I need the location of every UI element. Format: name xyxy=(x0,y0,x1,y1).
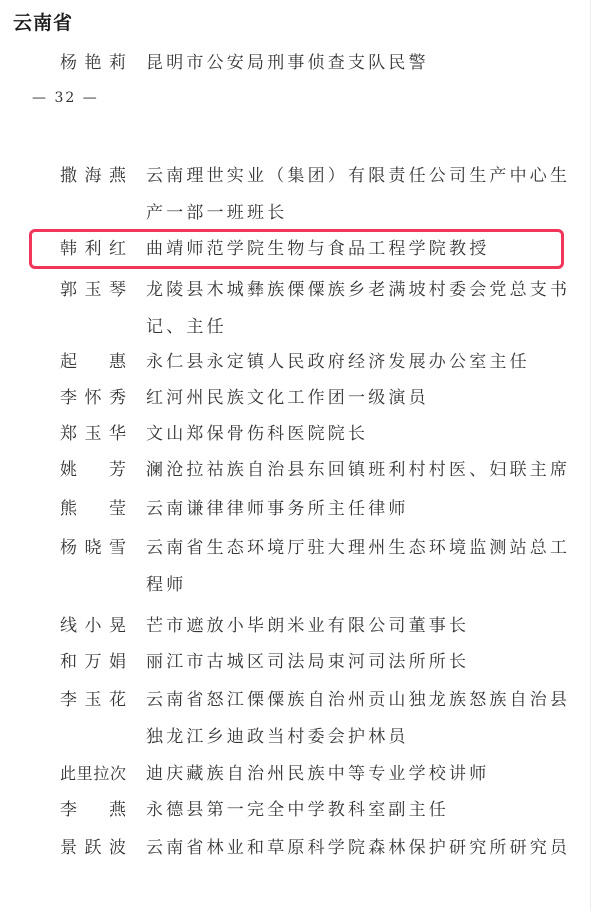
entry-description: 永德县第一完全中学教科室副主任 xyxy=(146,792,578,829)
entry-name: 韩利红 xyxy=(60,231,126,267)
entry-description: 红河州民族文化工作团一级演员 xyxy=(146,380,578,417)
entry-name: 线小晃 xyxy=(60,608,126,644)
entry-name: 杨晓雪 xyxy=(60,530,126,566)
page-edge-divider xyxy=(590,0,591,911)
entry-description: 芒市遮放小毕朗米业有限公司董事长 xyxy=(146,608,578,645)
entry-description: 文山郑保骨伤科医院院长 xyxy=(146,416,578,453)
entry-description: 龙陵县木城彝族傈僳族乡老满坡村委会党总支书记、主任 xyxy=(146,272,578,346)
page-number: — 32 — xyxy=(32,90,99,106)
entry-name: 撒海燕 xyxy=(60,158,126,194)
entry-name: 郭玉琴 xyxy=(60,272,126,308)
entry-description: 丽江市古城区司法局束河司法所所长 xyxy=(146,644,578,681)
entry-name: 杨艳莉 xyxy=(60,45,126,81)
entry-description: 云南省怒江傈僳族自治州贡山独龙族怒族自治县独龙江乡迪政当村委会护林员 xyxy=(146,682,578,756)
entry-description: 迪庆藏族自治州民族中等专业学校讲师 xyxy=(146,756,578,793)
entry-name: 李 燕 xyxy=(60,792,126,828)
section-title: 云南省 xyxy=(13,8,73,35)
entry-name: 李怀秀 xyxy=(60,380,126,416)
entry-description: 永仁县永定镇人民政府经济发展办公室主任 xyxy=(146,344,578,381)
entry-name: 李玉花 xyxy=(60,682,126,718)
entry-name: 熊 莹 xyxy=(60,491,126,527)
entry-name: 此里拉次 xyxy=(60,756,126,792)
entry-name: 郑玉华 xyxy=(60,416,126,452)
entry-name: 姚 芳 xyxy=(60,452,126,488)
entry-name: 和万娟 xyxy=(60,644,126,680)
entry-description: 澜沧拉祜族自治县东回镇班利村村医、妇联主席 xyxy=(146,452,578,489)
entry-description: 云南省林业和草原科学院森林保护研究所研究员 xyxy=(146,830,578,867)
entry-name: 景跃波 xyxy=(60,830,126,866)
entry-description: 云南理世实业（集团）有限责任公司生产中心生产一部一班班长 xyxy=(146,158,578,232)
entry-description: 昆明市公安局刑事侦查支队民警 xyxy=(146,45,578,82)
entry-description: 云南谦律律师事务所主任律师 xyxy=(146,491,578,528)
entry-description: 云南省生态环境厅驻大理州生态环境监测站总工程师 xyxy=(146,530,578,604)
entry-description: 曲靖师范学院生物与食品工程学院教授 xyxy=(146,231,578,268)
entry-name: 起 惠 xyxy=(60,344,126,380)
